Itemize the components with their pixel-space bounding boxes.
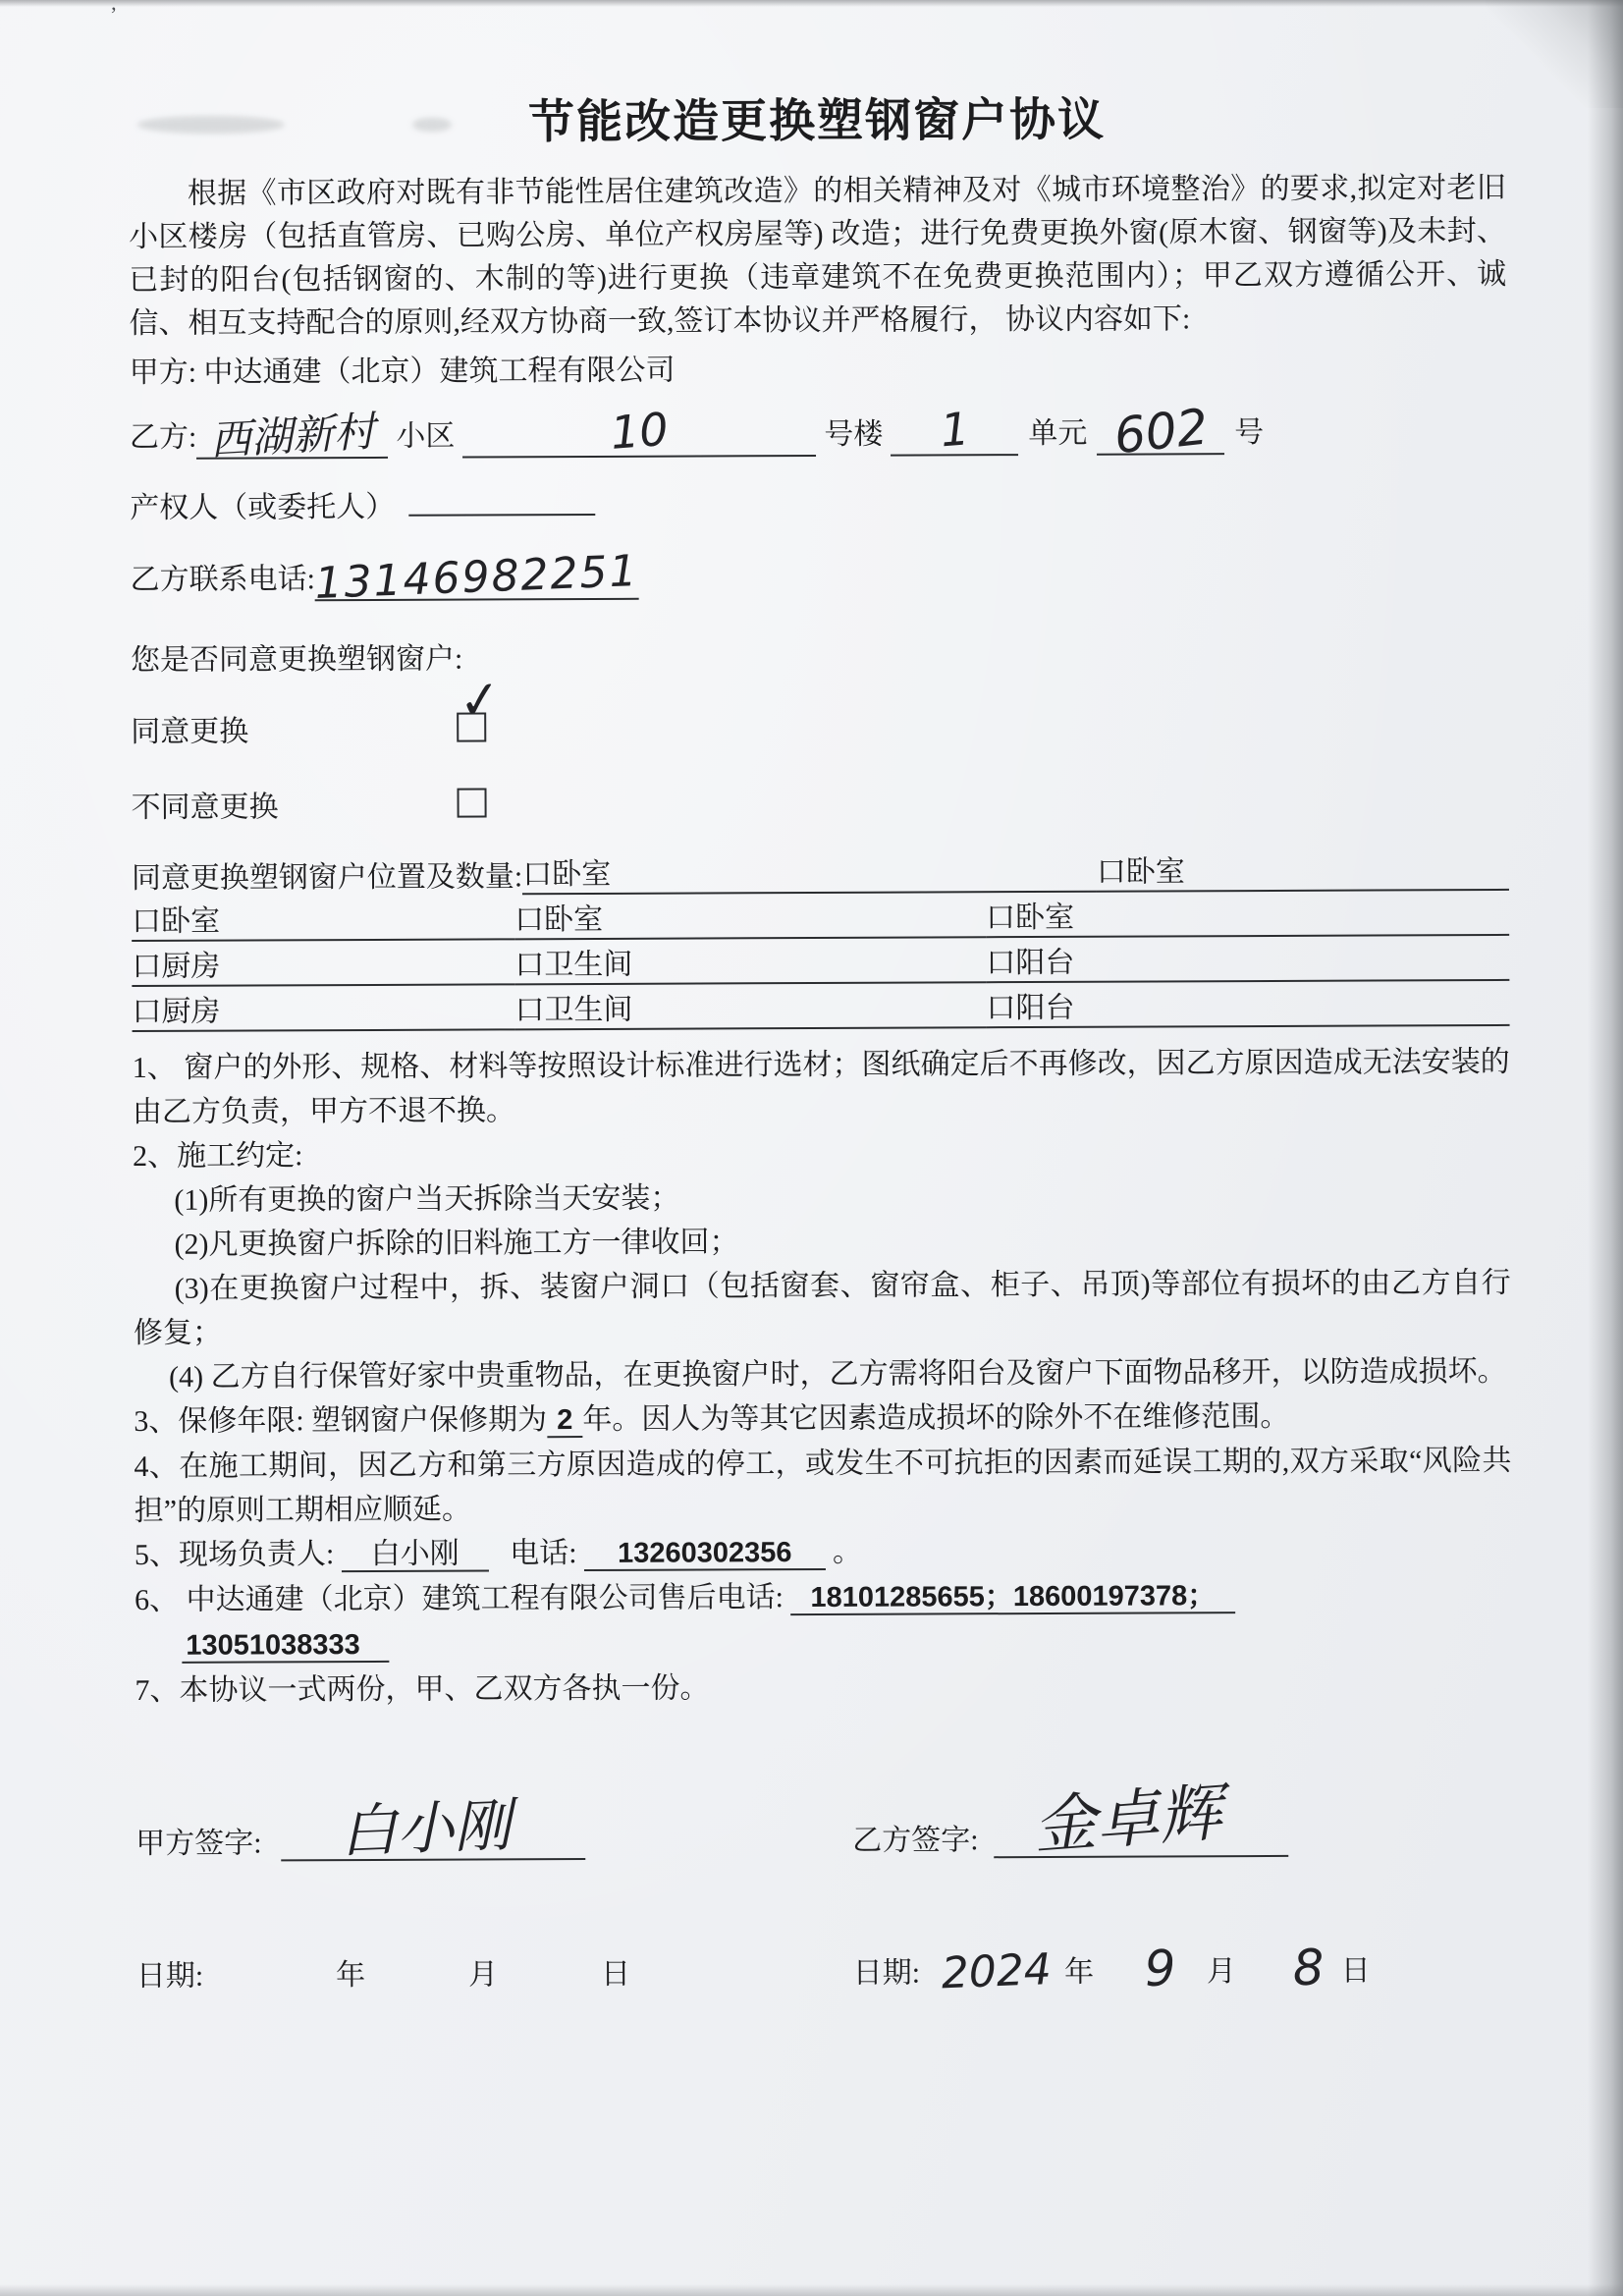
month-label-b: 月 — [1207, 1955, 1236, 1988]
party-a-sign-label: 甲方签字: — [135, 1818, 262, 1862]
signature-section: 甲方签字: 白小刚 乙方签字: 金卓辉 — [135, 1813, 1513, 1862]
clause-6-pre: 6、 中达通建（北京）建筑工程有限公司售后电话: — [135, 1581, 784, 1616]
owner-label: 产权人（或委托人） — [130, 488, 395, 528]
date-b-label: 日期: — [853, 1957, 920, 1990]
scanned-paper: ’ 节能改造更换塑钢窗户协议 根据《市区政府对既有非节能性居住建筑改造》的相关精… — [0, 0, 1623, 2296]
locations-header: 同意更换塑钢窗户位置及数量: — [132, 851, 523, 897]
location-label: 卧室 — [1015, 893, 1074, 936]
date-a-label: 日期: — [136, 1960, 203, 1993]
unit-value: 1 — [939, 409, 970, 450]
clause-5-tel-label: 电话: — [510, 1537, 576, 1569]
location-cell[interactable]: 口厨房 — [132, 940, 514, 987]
party-a-line: 甲方: 中达通建（北京）建筑工程有限公司 — [130, 348, 1507, 393]
location-cell[interactable]: 口阳台 — [986, 981, 1509, 1028]
location-label: 阳台 — [1015, 983, 1074, 1026]
clause-3-pre: 3、保修年限: 塑钢窗户保修期为 — [134, 1403, 547, 1438]
building-field[interactable]: 10 — [462, 409, 816, 459]
warranty-years-field[interactable]: 2 — [547, 1404, 582, 1438]
agreement-document: 节能改造更换塑钢窗户协议 根据《市区政府对既有非节能性居住建筑改造》的相关精神及… — [0, 0, 1623, 1998]
clause-2-item-4: (4) 乙方自行保管好家中贵重物品，在更换窗户时，乙方需将阳台及窗户下面物品移开… — [134, 1349, 1511, 1399]
agree-option-line: 同意更换 ✓ — [131, 706, 1508, 752]
clause-6-line-2: 13051038333 — [182, 1617, 1512, 1668]
clause-5-end: 。 — [833, 1536, 862, 1568]
date-b-month: 9 — [1143, 1940, 1176, 1997]
room-value: 602 — [1112, 407, 1210, 456]
building-value: 10 — [610, 410, 670, 453]
disagree-option-line: 不同意更换 — [131, 782, 1508, 828]
party-a-value: 中达通建（北京）建筑工程有限公司 — [203, 352, 675, 393]
location-cell[interactable]: 口卧室 — [514, 893, 986, 940]
disagree-label: 不同意更换 — [131, 788, 457, 828]
checkbox-icon[interactable]: 口 — [522, 849, 552, 893]
room-suffix: 号 — [1234, 413, 1264, 453]
phone-value: 13146982251 — [314, 552, 639, 604]
location-cell[interactable]: 口厨房 — [132, 985, 514, 1032]
clause-3-post: 年。因人为等其它因素造成损坏的除外不在维修范围。 — [582, 1400, 1289, 1436]
agree-checkbox[interactable]: ✓ — [457, 712, 486, 741]
clause-3: 3、保修年限: 塑钢窗户保修期为2年。因人为等其它因素造成损坏的除外不在维修范围… — [134, 1394, 1511, 1445]
intro-paragraph: 根据《市区政府对既有非节能性居住建筑改造》的相关精神及对《城市环境整治》的要求,… — [129, 167, 1507, 346]
date-b-year: 2024 — [941, 1944, 1053, 1998]
location-row: 口厨房 口卫生间 口阳台 — [132, 981, 1509, 1032]
location-label: 卫生间 — [544, 940, 632, 983]
day-label-b: 日 — [1341, 1955, 1371, 1988]
party-b-signature-field[interactable]: 金卓辉 — [995, 1855, 1289, 1858]
party-b-line: 乙方: 西湖新村 小区 10 号楼 1 单元 602 号 — [130, 405, 1507, 460]
location-label: 阳台 — [1015, 938, 1074, 981]
location-label: 卫生间 — [544, 985, 632, 1028]
location-row: 口厨房 口卫生间 口阳台 — [132, 936, 1509, 987]
year-label-b: 年 — [1064, 1956, 1094, 1989]
locations-header-row: 同意更换塑钢窗户位置及数量: 口卧室 口卧室 — [132, 842, 1509, 897]
checkbox-icon[interactable]: 口 — [132, 942, 161, 985]
checkbox-icon[interactable]: 口 — [1097, 847, 1126, 891]
agree-question: 您是否同意更换塑钢窗户: — [131, 640, 463, 681]
location-label: 厨房 — [161, 987, 220, 1030]
clause-5-pre: 5、现场负责人: — [135, 1538, 334, 1571]
check-mark-icon: ✓ — [457, 679, 504, 723]
checkbox-icon[interactable]: 口 — [514, 895, 544, 938]
checkbox-icon[interactable]: 口 — [132, 987, 161, 1030]
checkbox-icon[interactable]: 口 — [132, 897, 161, 940]
building-suffix: 号楼 — [824, 415, 883, 455]
checkbox-icon[interactable]: 口 — [986, 938, 1015, 981]
date-b-day: 8 — [1291, 1939, 1325, 1996]
checkbox-icon[interactable]: 口 — [514, 940, 544, 983]
unit-field[interactable]: 1 — [891, 408, 1018, 457]
aftersales-phone-field-2[interactable]: 13051038333 — [182, 1629, 390, 1664]
date-section: 日期: 年 月 日 日期: 2024 年 9 月 8 日 — [136, 1935, 1514, 1997]
clause-6: 6、 中达通建（北京）建筑工程有限公司售后电话: 18101285655；186… — [135, 1572, 1512, 1623]
location-cell[interactable]: 口卧室 — [986, 891, 1509, 938]
party-b-label: 乙方: — [130, 418, 197, 458]
party-b-signature-block: 乙方签字: 金卓辉 — [852, 1813, 1513, 1859]
scan-edge-bottom — [0, 2284, 1623, 2296]
party-a-label: 甲方: — [130, 354, 197, 393]
party-b-signature: 金卓辉 — [1030, 1763, 1224, 1867]
disagree-checkbox[interactable] — [457, 788, 486, 817]
party-a-date-block: 日期: 年 月 日 — [136, 1948, 853, 1995]
phone-line: 乙方联系电话: 13146982251 — [130, 550, 1507, 602]
checkbox-icon[interactable]: 口 — [514, 985, 544, 1028]
month-label: 月 — [468, 1958, 498, 1991]
agree-question-line: 您是否同意更换塑钢窗户: — [131, 635, 1508, 681]
checkbox-icon[interactable]: 口 — [986, 983, 1015, 1026]
location-label: 卧室 — [1126, 847, 1185, 890]
location-cell[interactable]: 口卫生间 — [514, 983, 986, 1030]
clause-2-item-3: (3)在更换窗户过程中，拆、装窗户洞口（包括窗套、窗帘盒、柜子、吊顶)等部位有损… — [134, 1261, 1511, 1355]
location-cell[interactable]: 口阳台 — [986, 936, 1509, 983]
phone-label: 乙方联系电话: — [130, 560, 315, 600]
site-manager-name-field[interactable]: 白小刚 — [342, 1537, 489, 1572]
location-row: 口卧室 口卧室 口卧室 — [132, 891, 1509, 942]
party-a-signature: 白小刚 — [339, 1778, 513, 1868]
location-label: 卧室 — [161, 897, 220, 940]
phone-field[interactable]: 13146982251 — [315, 554, 639, 601]
clause-2-item-2: (2)凡更换窗户拆除的旧料施工方一律收回； — [133, 1217, 1510, 1267]
location-label: 卧室 — [544, 895, 603, 938]
document-title: 节能改造更换塑钢窗户协议 — [128, 82, 1505, 153]
room-field[interactable]: 602 — [1097, 406, 1224, 456]
date-a-year-field[interactable] — [211, 1985, 329, 1986]
agree-label: 同意更换 — [131, 712, 457, 752]
location-cell[interactable]: 口卫生间 — [514, 938, 986, 985]
party-b-date-block: 日期: 2024 年 9 月 8 日 — [853, 1935, 1514, 1995]
community-suffix: 小区 — [396, 417, 455, 457]
location-cell[interactable]: 口卧室 — [1097, 846, 1509, 893]
community-value: 西湖新村 — [209, 412, 376, 461]
site-manager-phone-field[interactable]: 13260302356 — [584, 1537, 826, 1571]
community-field[interactable]: 西湖新村 — [196, 412, 388, 460]
checkbox-icon[interactable]: 口 — [986, 893, 1015, 936]
day-label: 日 — [601, 1958, 630, 1991]
party-a-signature-field[interactable]: 白小刚 — [282, 1858, 586, 1861]
owner-field[interactable] — [408, 514, 595, 517]
location-cell[interactable]: 口卧室 — [522, 847, 1097, 896]
aftersales-phone-field-1[interactable]: 18101285655；18600197378； — [790, 1580, 1235, 1615]
unit-suffix: 单元 — [1028, 414, 1087, 454]
clauses-section: 1、 窗户的外形、规格、材料等按照设计标准进行选材；图纸确定后不再修改，因乙方原… — [133, 1040, 1513, 1713]
clause-4: 4、在施工期间，因乙方和第三方原因造成的停工，或发生不可抗拒的因素而延误工期的,… — [134, 1439, 1511, 1533]
location-label: 卧室 — [552, 849, 611, 893]
location-label: 厨房 — [161, 942, 220, 985]
party-b-sign-label: 乙方签字: — [852, 1815, 979, 1859]
owner-line: 产权人（或委托人） — [130, 483, 1507, 528]
location-cell[interactable]: 口卧室 — [132, 895, 514, 942]
clause-1: 1、 窗户的外形、规格、材料等按照设计标准进行选材；图纸确定后不再修改，因乙方原… — [133, 1040, 1510, 1134]
clause-2-head: 2、施工约定: — [133, 1128, 1510, 1178]
party-a-signature-block: 甲方签字: 白小刚 — [135, 1816, 852, 1862]
clause-5: 5、现场负责人: 白小刚 电话: 13260302356 。 — [135, 1527, 1512, 1578]
clause-7: 7、本协议一式两份，甲、乙双方各执一份。 — [135, 1663, 1512, 1713]
clause-2-item-1: (1)所有更换的窗户当天拆除当天安装； — [133, 1173, 1510, 1223]
year-label: 年 — [336, 1959, 365, 1992]
